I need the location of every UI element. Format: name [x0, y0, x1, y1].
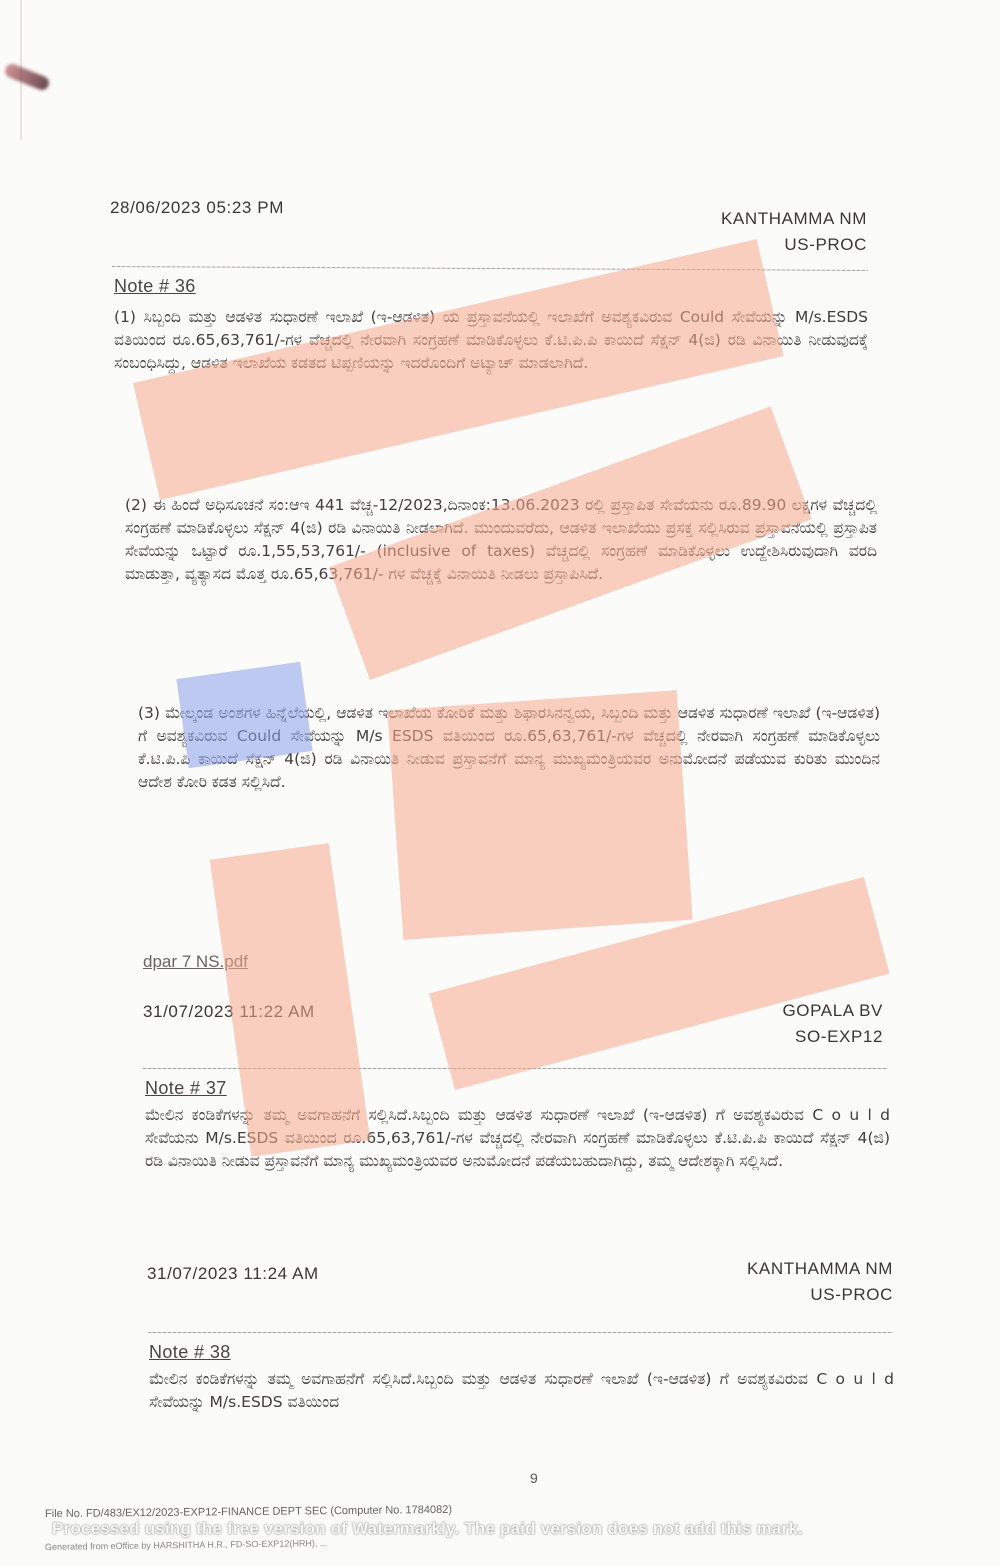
note-title: Note # 37 [145, 1078, 227, 1099]
entry-signature: KANTHAMMA NM US-PROC [747, 1256, 893, 1308]
entry-author: KANTHAMMA NM [747, 1256, 893, 1282]
watermark-text: Processed using the free version of Wate… [52, 1519, 803, 1539]
entry-role: SO-EXP12 [782, 1024, 883, 1050]
file-number-footer: File No. FD/483/EX12/2023-EXP12-FINANCE … [45, 1504, 452, 1520]
entry-timestamp: 28/06/2023 05:23 PM [110, 198, 284, 218]
overlay-shape [329, 406, 812, 680]
overlay-shape [176, 662, 312, 769]
ink-smudge [3, 62, 51, 92]
note-title: Note # 38 [149, 1342, 231, 1363]
document-page: 28/06/2023 05:23 PM KANTHAMMA NM US-PROC… [0, 0, 1000, 1566]
entry-role: US-PROC [747, 1282, 893, 1308]
page-number: 9 [530, 1470, 538, 1486]
note-paragraph: ಮೇಲಿನ ಕಂಡಿಕೆಗಳನ್ನು ತಮ್ಮ ಅವಗಾಹನೆಗೆ ಸಲ್ಲಿಸ… [149, 1368, 894, 1414]
note-title: Note # 36 [114, 276, 196, 297]
divider [148, 1332, 893, 1333]
generated-footer: Generated from eOffice by HARSHITHA H.R.… [45, 1538, 328, 1552]
entry-author: KANTHAMMA NM [721, 206, 867, 232]
entry-signature: GOPALA BV SO-EXP12 [782, 998, 883, 1050]
entry-author: GOPALA BV [782, 998, 883, 1024]
overlay-shape [387, 690, 692, 940]
entry-timestamp: 31/07/2023 11:24 AM [147, 1264, 319, 1284]
